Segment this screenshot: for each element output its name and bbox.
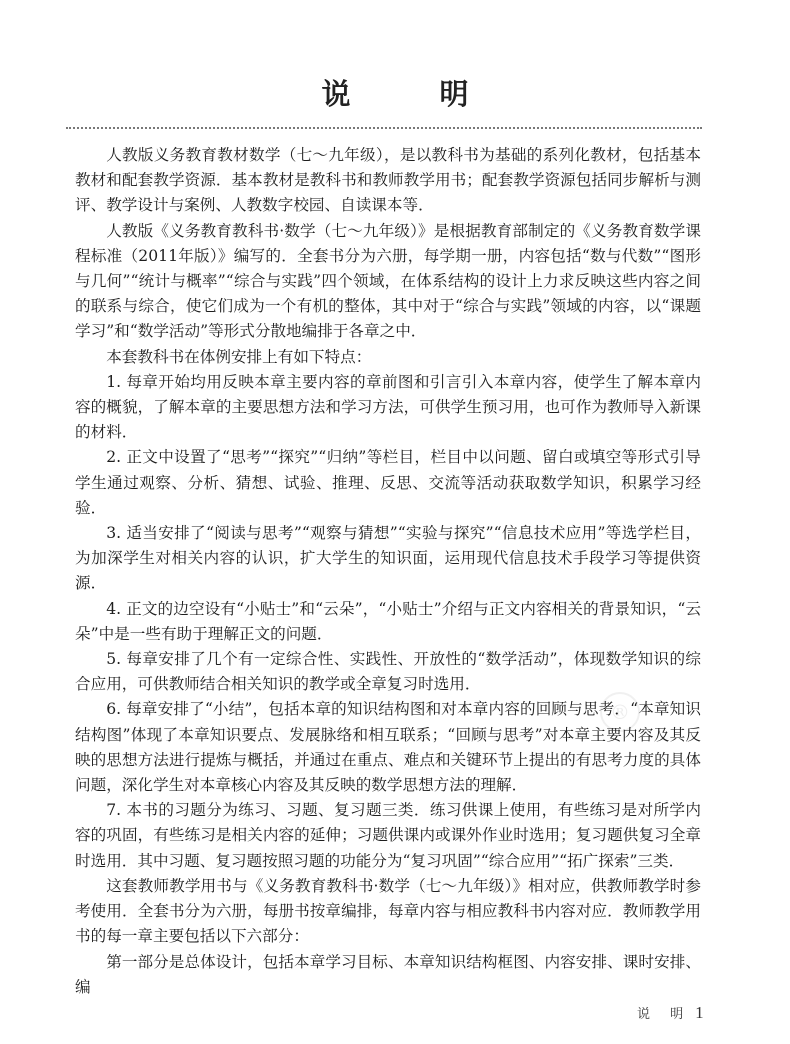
paragraph-feature-7: 7. 本书的习题分为练习、习题、复习题三类．练习供课上使用，有些练习是对所学内容… <box>75 798 701 874</box>
paragraph-feature-3: 3. 适当安排了“阅读与思考”“观察与猜想”“实验与探究”“信息技术应用”等选学… <box>75 521 701 597</box>
paragraph-features-lead: 本套教科书在体例安排上有如下特点： <box>75 345 701 370</box>
paragraph-teacher-book: 这套教师教学用书与《义务教育教科书·数学（七～九年级）》相对应，供教师教学时参考… <box>75 874 701 950</box>
document-body: 人教版义务教育教材数学（七～九年级），是以教科书为基础的系列化教材，包括基本教材… <box>75 143 701 1000</box>
page-footer: 说 明1 <box>637 1003 704 1023</box>
paragraph-part-one: 第一部分是总体设计，包括本章学习目标、本章知识结构框图、内容安排、课时安排、编 <box>75 950 701 1000</box>
paragraph-intro: 人教版义务教育教材数学（七～九年级），是以教科书为基础的系列化教材，包括基本教材… <box>75 143 701 219</box>
page-number: 1 <box>695 1003 704 1022</box>
paragraph-feature-4: 4. 正文的边空设有“小贴士”和“云朵”，“小贴士”介绍与正文内容相关的背景知识… <box>75 597 701 647</box>
paragraph-feature-6: 6. 每章安排了“小结”，包括本章的知识结构图和对本章内容的回顾与思考．“本章知… <box>75 697 701 798</box>
paragraph-feature-2: 2. 正文中设置了“思考”“探究”“归纳”等栏目，栏目中以问题、留白或填空等形式… <box>75 445 701 521</box>
paragraph-feature-5: 5. 每章安排了几个有一定综合性、实践性、开放性的“数学活动”，体现数学知识的综… <box>75 647 701 697</box>
paragraph-textbook-overview: 人教版《义务教育教科书·数学（七～九年级）》是根据教育部制定的《义务教育数学课程… <box>75 219 701 345</box>
dotted-divider <box>66 127 702 129</box>
page-title: 说 明 <box>0 72 790 113</box>
footer-section-label: 说 明 <box>637 1007 691 1022</box>
paragraph-feature-1: 1. 每章开始均用反映本章主要内容的章前图和引言引入本章内容，使学生了解本章内容… <box>75 370 701 446</box>
